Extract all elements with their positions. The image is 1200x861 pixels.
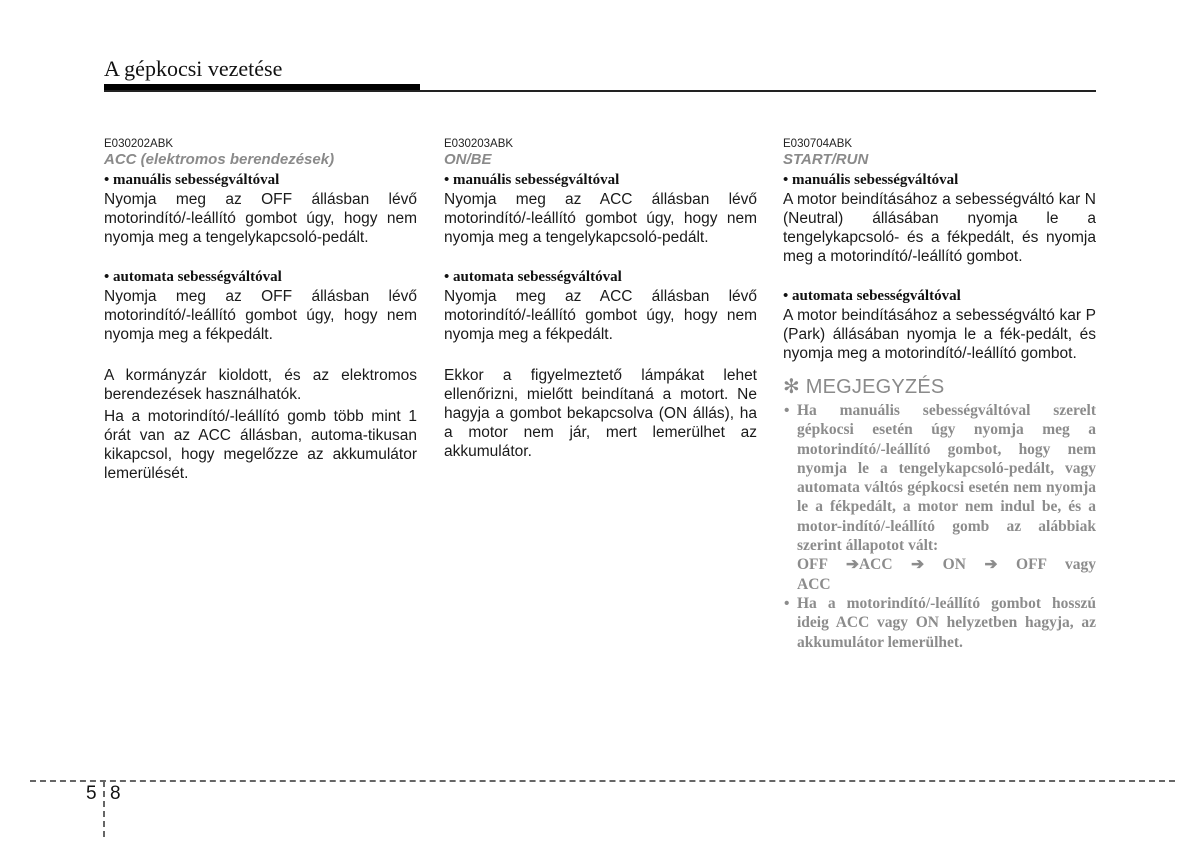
manual-text: A motor beindításához a sebességváltó ka…	[783, 190, 1096, 266]
footer-dashed-rule	[30, 780, 1175, 782]
note-item: • Ha manuális sebességváltóval szerelt g…	[783, 401, 1096, 594]
section-code: E030202ABK	[104, 137, 417, 151]
section-title: ON/BE	[444, 151, 757, 169]
section-title: ACC (elektromos berendezések)	[104, 151, 417, 169]
page-number: 8	[110, 783, 121, 805]
section-start-run: E030704ABK START/RUN • manuális sebesség…	[783, 137, 1096, 652]
bullet-icon: •	[784, 401, 789, 420]
automatic-heading: • automata sebességváltóval	[104, 267, 417, 287]
section-on: E030203ABK ON/BE • manuális sebességvált…	[444, 137, 757, 461]
automatic-heading: • automata sebességváltóval	[783, 286, 1096, 306]
automatic-text: A motor beindításához a sebességváltó ka…	[783, 306, 1096, 363]
note-item: • Ha a motorindító/-leállító gombot hoss…	[783, 594, 1096, 652]
note-text: Ha manuális sebességváltóval szerelt gép…	[797, 402, 1096, 554]
manual-text: Nyomja meg az ACC állásban lévő motorind…	[444, 190, 757, 247]
automatic-text: Nyomja meg az ACC állásban lévő motorind…	[444, 287, 757, 344]
note-title: MEGJEGYZÉS	[806, 376, 945, 398]
section-code: E030704ABK	[783, 137, 1096, 151]
section-acc: E030202ABK ACC (elektromos berendezések)…	[104, 137, 417, 483]
asterisk-icon: ✻	[783, 376, 800, 398]
page-title: A gépkocsi vezetése	[104, 56, 282, 82]
extra-paragraph: Ha a motorindító/-leállító gomb több min…	[104, 407, 417, 483]
chapter-number: 5	[86, 783, 97, 805]
state-sequence: OFF ➔ACC ➔ ON ➔ OFF vagy	[797, 555, 1096, 574]
note-text: Ha a motorindító/-leállító gombot hosszú…	[797, 595, 1096, 651]
manual-heading: • manuális sebességváltóval	[104, 170, 417, 190]
bullet-icon: •	[784, 594, 789, 613]
automatic-heading: • automata sebességváltóval	[444, 267, 757, 287]
manual-heading: • manuális sebességváltóval	[444, 170, 757, 190]
manual-heading: • manuális sebességváltóval	[783, 170, 1096, 190]
note-list: • Ha manuális sebességváltóval szerelt g…	[783, 401, 1096, 652]
section-code: E030203ABK	[444, 137, 757, 151]
extra-paragraph: A kormányzár kioldott, és az elektromos …	[104, 366, 417, 404]
section-title: START/RUN	[783, 151, 1096, 169]
extra-paragraph: Ekkor a figyelmeztető lámpákat lehet ell…	[444, 366, 757, 461]
note-heading: ✻ MEGJEGYZÉS	[783, 375, 1096, 399]
state-sequence-end: ACC	[797, 575, 1096, 594]
title-rule-thin	[104, 90, 1096, 92]
footer-dashed-divider	[103, 781, 105, 837]
automatic-text: Nyomja meg az OFF állásban lévő motorind…	[104, 287, 417, 344]
manual-text: Nyomja meg az OFF állásban lévő motorind…	[104, 190, 417, 247]
